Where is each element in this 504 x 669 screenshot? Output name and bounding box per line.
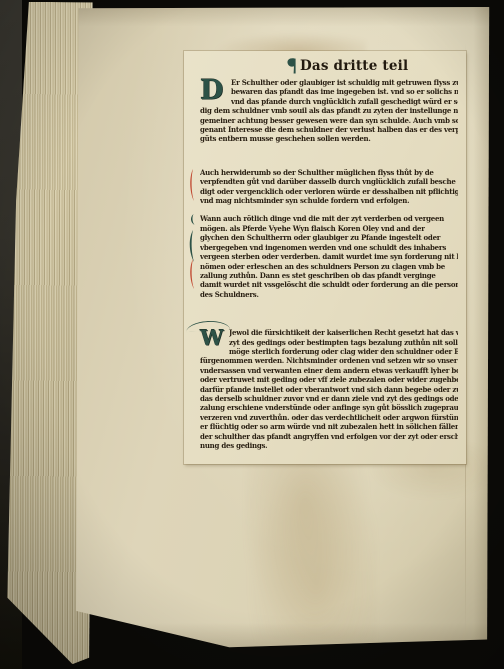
text-line: möge sterlich forderung oder clag wider … xyxy=(229,347,458,356)
text-line: verzeren vnd zuverthůn. oder das verdech… xyxy=(200,413,458,422)
text-line: mögen. als Pferde Vyehe Wyn flaisch Kore… xyxy=(200,224,458,233)
text-line: gemeiner achtung besser gewesen were dan… xyxy=(200,116,458,125)
paragraph-3: Wann auch rötlich dinge vnd die mit der … xyxy=(200,214,458,299)
text-line: Auch herwiderumb so der Schulther müglic… xyxy=(200,168,458,177)
text-line: vnd das pfande durch vnglücklich zufall … xyxy=(231,97,458,106)
text-line: vergeen sterben oder verderben. damit wu… xyxy=(200,252,458,261)
paragraph-4: W Jewol die fürsichtikeit der kaiserlich… xyxy=(200,328,458,450)
text-line: güts entbern musse geschehen sollen werd… xyxy=(200,134,458,143)
text-line: damit wurdet nit vssgelöscht die schuldt… xyxy=(200,280,458,289)
chapter-heading: Das dritte teil xyxy=(286,58,458,75)
rubric-bracket-icon xyxy=(188,259,196,289)
text-line: des Schuldners. xyxy=(200,290,458,299)
text-line: zalung erschiene vnderstünde oder anfing… xyxy=(200,403,458,412)
book-page: Das dritte teil D Er Schulther oder glau… xyxy=(76,7,490,655)
text-line: nömen oder erleschen an des schuldners P… xyxy=(200,262,458,271)
text-line: darfür pfande instellet oder vberantwort… xyxy=(200,385,458,394)
water-stain xyxy=(246,457,376,642)
text-line: Jewol die fürsichtikeit der kaiserlichen… xyxy=(229,328,458,337)
text-line: verpfendten gůt vnd darüber dasselb durc… xyxy=(200,177,458,186)
text-line: vbergegeben vnd ingenomen werden vnd one… xyxy=(200,243,458,252)
rubric-paraph-icon xyxy=(188,169,196,201)
text-line: zyt des gedings oder bestimpten tags bez… xyxy=(229,338,458,347)
text-line: glychen den Schultherrn oder glaubiger z… xyxy=(200,233,458,242)
rubric-paraph-icon xyxy=(189,214,196,225)
text-line: der schulther das pfandt angryffen vnd e… xyxy=(200,432,458,441)
text-line: er flüchtig oder so arm würde vnd nit zu… xyxy=(200,422,458,431)
text-line: Wann auch rötlich dinge vnd die mit der … xyxy=(200,214,458,223)
text-line: genant Interesse die dem schuldner der v… xyxy=(200,125,458,134)
text-line: vndersassen vnd verwanten einer dem ande… xyxy=(200,366,458,375)
text-line: oder vertruwet mit geding oder vff ziele… xyxy=(200,375,458,384)
text-line: dig dem schuldner vmb souil als das pfan… xyxy=(200,106,458,115)
text-line: fürgenommen werden. Nichtsminder ordenen… xyxy=(200,356,458,365)
text-line: vnd mag nichtsminder syn schulde fordern… xyxy=(200,196,458,205)
printed-leaf: Das dritte teil D Er Schulther oder glau… xyxy=(184,51,466,464)
text-line: nung des gedings. xyxy=(200,441,458,450)
paragraph-1: D Er Schulther oder glaubiger ist schuld… xyxy=(200,78,458,144)
page-title: Das dritte teil xyxy=(300,58,408,74)
pilcrow-icon xyxy=(286,58,297,78)
drop-cap-initial-d: D xyxy=(200,78,231,105)
paragraph-2: Auch herwiderumb so der Schulther müglic… xyxy=(200,168,458,206)
photographed-book-spread: Das dritte teil D Er Schulther oder glau… xyxy=(0,0,504,669)
rubric-bracket-icon xyxy=(187,230,196,262)
text-line: bewaren das pfandt das ime ingegeben ist… xyxy=(231,87,458,96)
text-line: das derselb schuldner zuvor vnd er dann … xyxy=(200,394,458,403)
text-line: Er Schulther oder glaubiger ist schuldig… xyxy=(231,78,458,87)
text-line: zallung zuthůn. Dann es stet geschriben … xyxy=(200,271,458,280)
text-line: digt oder vergencklich oder verloren wür… xyxy=(200,187,458,196)
